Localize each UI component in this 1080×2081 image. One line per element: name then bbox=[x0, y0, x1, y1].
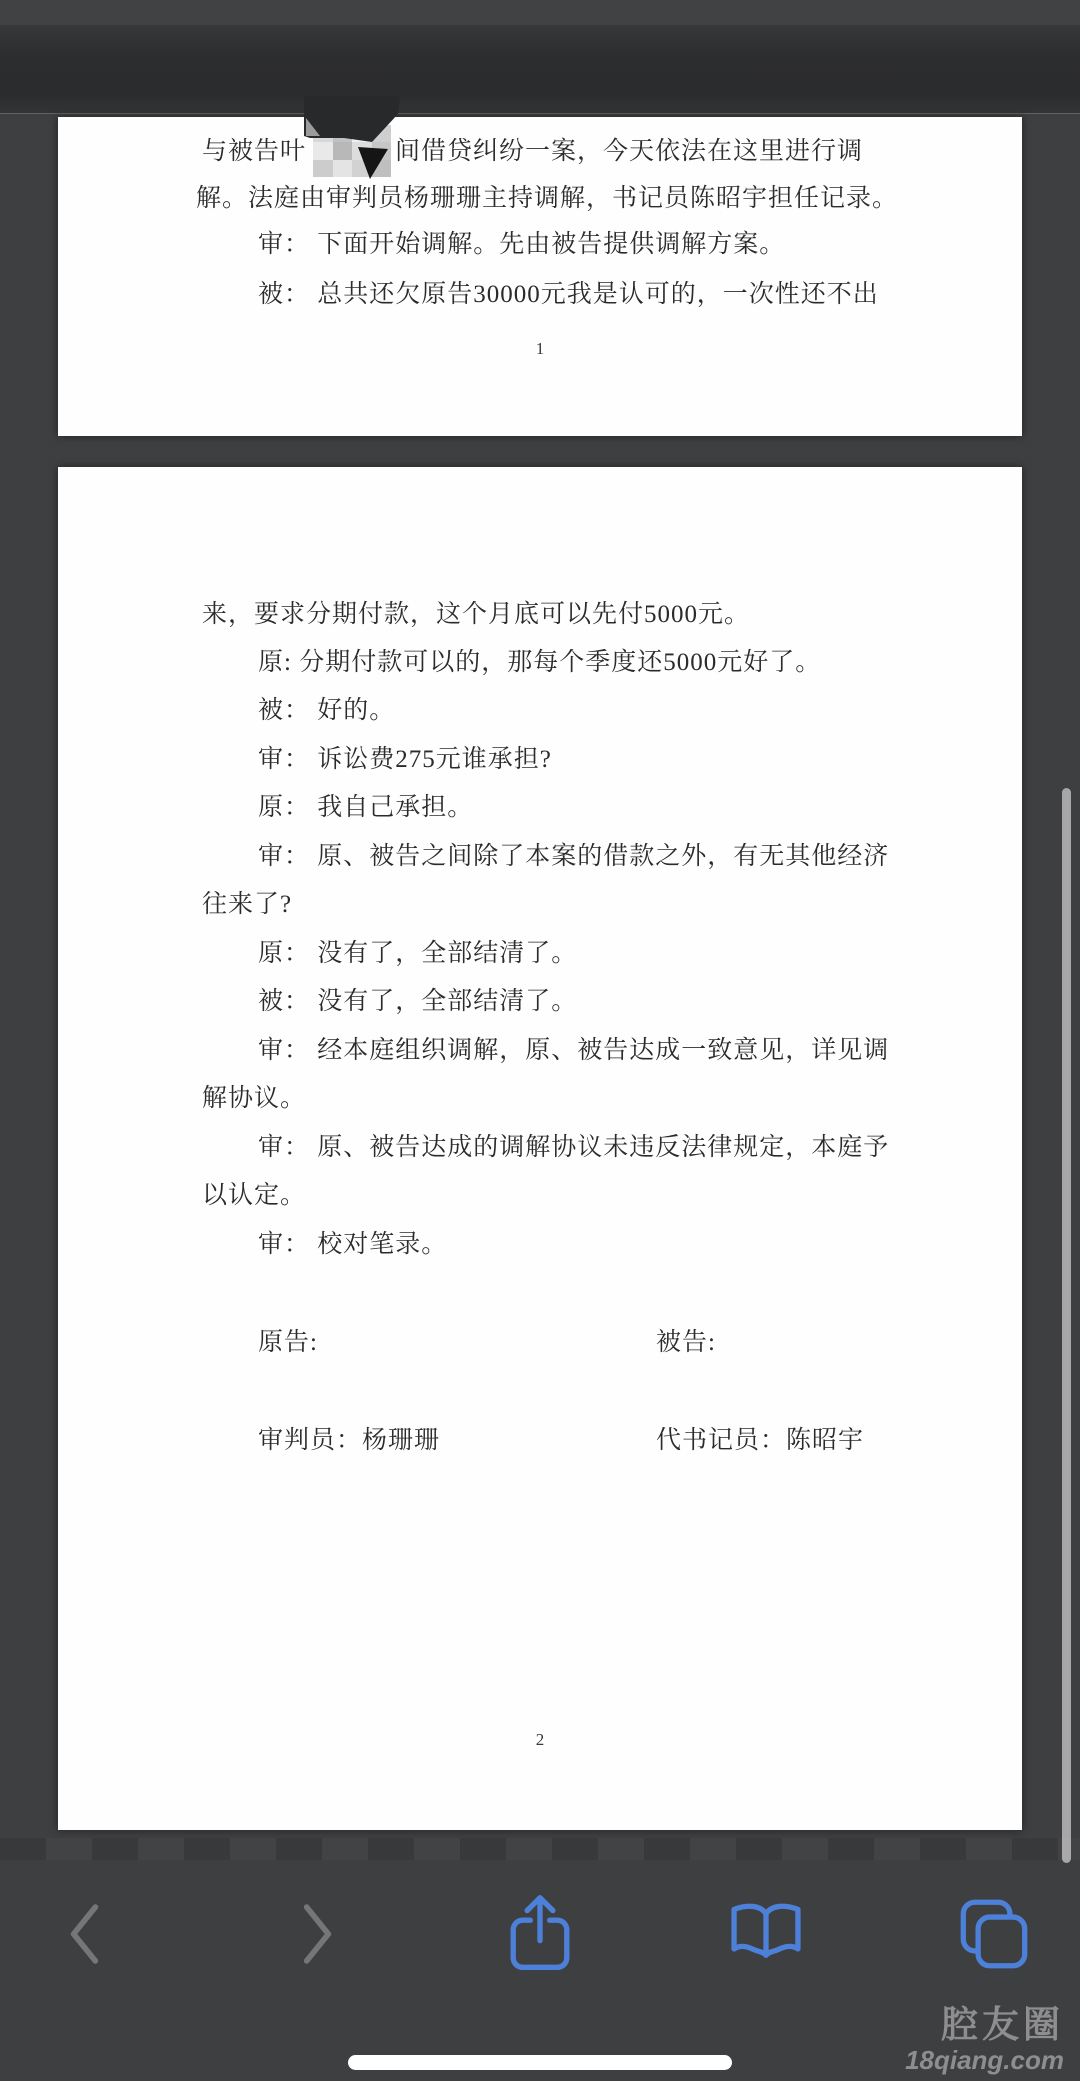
share-icon bbox=[510, 1892, 570, 1972]
redaction-mark bbox=[300, 96, 404, 146]
doc-line: 解协议。 bbox=[202, 1083, 306, 1115]
doc-line: 被： 没有了，全部结清了。 bbox=[258, 986, 577, 1018]
status-bar-area bbox=[0, 0, 1080, 25]
doc-line: 解。法庭由审判员杨珊珊主持调解，书记员陈昭宇担任记录。 bbox=[196, 183, 898, 215]
signature-defendant: 被告: bbox=[656, 1327, 716, 1359]
doc-line: 来，要求分期付款，这个月底可以先付5000元。 bbox=[202, 599, 750, 631]
chevron-left-icon bbox=[65, 1903, 105, 1965]
doc-line: 与被告叶 bbox=[202, 136, 306, 168]
signature-judge: 审判员：杨珊珊 bbox=[258, 1425, 440, 1457]
doc-line: 审： 经本庭组织调解，原、被告达成一致意见，详见调 bbox=[258, 1035, 889, 1067]
doc-line: 审： 原、被告之间除了本案的借款之外，有无其他经济 bbox=[258, 841, 889, 873]
doc-line: 审： 校对笔录。 bbox=[258, 1229, 447, 1261]
document-page-1[interactable]: 与被告叶 间借贷纠纷一案，今天依法在这里进行调 解。法庭由审判员杨珊珊主持调解，… bbox=[58, 117, 1022, 436]
watermark: 腔友圈 18qiang.com bbox=[905, 2004, 1064, 2074]
doc-line: 以认定。 bbox=[202, 1180, 306, 1212]
signature-clerk: 代书记员：陈昭宇 bbox=[656, 1425, 864, 1457]
doc-line: 往来了? bbox=[202, 889, 292, 921]
blurred-header-band bbox=[0, 25, 1080, 113]
watermark-site-name: 腔友圈 bbox=[905, 2004, 1064, 2046]
doc-line: 审： 原、被告达成的调解协议未违反法律规定，本庭予 bbox=[258, 1132, 889, 1164]
doc-line: 原： 没有了，全部结清了。 bbox=[258, 938, 577, 970]
doc-line: 审： 诉讼费275元谁承担? bbox=[258, 744, 552, 776]
redaction-wedge bbox=[300, 143, 392, 183]
page-number: 1 bbox=[58, 339, 1022, 359]
forward-button[interactable] bbox=[272, 1890, 362, 1980]
page-number: 2 bbox=[58, 1730, 1022, 1750]
share-button[interactable] bbox=[498, 1887, 582, 1979]
doc-line: 被： 总共还欠原告30000元我是认可的，一次性还不出 bbox=[258, 279, 879, 311]
doc-line: 审： 下面开始调解。先由被告提供调解方案。 bbox=[258, 229, 785, 261]
doc-line: 间借贷纠纷一案，今天依法在这里进行调 bbox=[395, 136, 863, 168]
doc-line: 被： 好的。 bbox=[258, 695, 395, 727]
doc-text: 与被告叶 bbox=[202, 138, 306, 165]
doc-text: 间借贷纠纷一案，今天依法在这里进行调 bbox=[395, 138, 863, 165]
tabs-button[interactable] bbox=[948, 1891, 1040, 1979]
doc-line: 原： 我自己承担。 bbox=[258, 792, 473, 824]
chevron-right-icon bbox=[297, 1903, 337, 1965]
bookmarks-button[interactable] bbox=[716, 1893, 816, 1977]
home-indicator[interactable] bbox=[348, 2055, 732, 2070]
tabs-icon bbox=[959, 1898, 1029, 1970]
document-page-2[interactable]: 来，要求分期付款，这个月底可以先付5000元。 原: 分期付款可以的，那每个季度… bbox=[58, 467, 1022, 1830]
watermark-site-url: 18qiang.com bbox=[905, 2046, 1064, 2074]
scrollbar-thumb[interactable] bbox=[1062, 788, 1071, 1863]
back-button[interactable] bbox=[40, 1890, 130, 1980]
signature-plaintiff: 原告: bbox=[258, 1327, 318, 1359]
open-book-icon bbox=[728, 1901, 804, 1967]
doc-line: 原: 分期付款可以的，那每个季度还5000元好了。 bbox=[258, 647, 821, 679]
